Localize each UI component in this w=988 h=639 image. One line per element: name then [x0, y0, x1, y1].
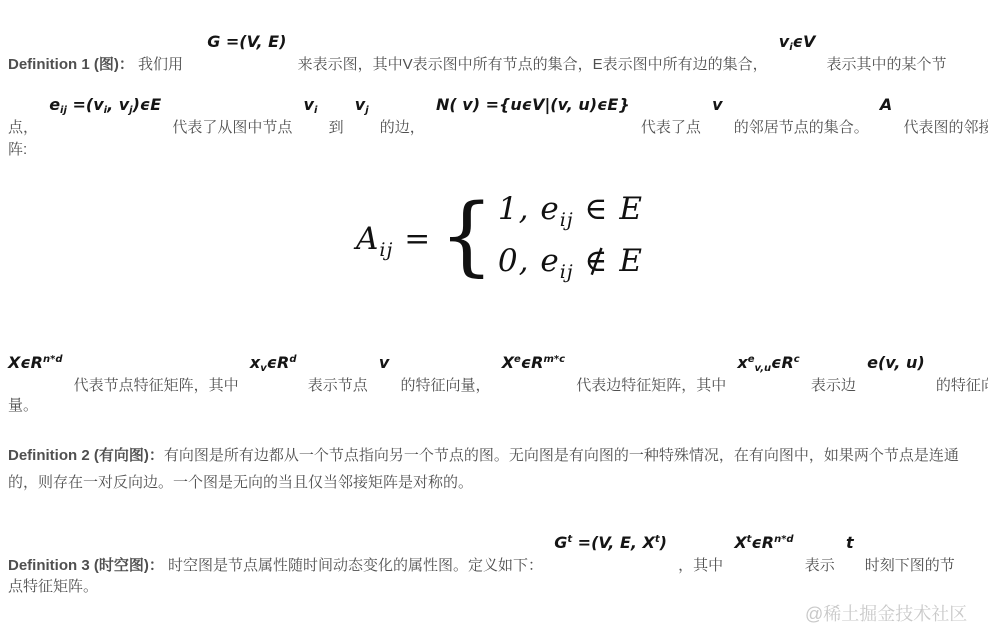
text-segment: 量。	[8, 397, 38, 414]
definition-2-label: Definition 2 (有向图)：	[8, 447, 164, 464]
formula-cases: 1, eij ∈ E 0, eij ∉ E	[498, 189, 643, 293]
definition-1-line-1: Definition 1 (图)： 我们用 G =(V, E) 来表示图，其中V…	[8, 54, 947, 80]
text-segment: 点，	[8, 119, 38, 136]
text-segment: 点特征矩阵。	[8, 578, 98, 595]
text-segment: 到	[329, 119, 344, 136]
text-segment: 代表了点	[641, 119, 701, 136]
formula-edge-evu: e(v, u)	[867, 353, 925, 373]
feature-matrix-line-1: XϵRn*d 代表节点特征矩阵，其中 xvϵRd 表示节点 v 的特征向量， X…	[8, 372, 988, 401]
definition-1-line-2: 点， eij =(vi, vj)ϵE 代表了从图中节点 vi 到 vj 的边， …	[8, 117, 988, 143]
text-segment: ，其中	[678, 557, 723, 574]
formula-edge-eij: eij =(vi, vj)ϵE	[49, 95, 161, 121]
text-segment: 阵:	[8, 141, 27, 158]
formula-edge-feature-vector: xev,uϵRc	[737, 350, 799, 379]
text-segment: 的特征向量，	[401, 377, 491, 394]
formula-vi-in-v: viϵV	[779, 32, 816, 58]
formula-neighborhood-nv: N( v) ={uϵV|(v, u)ϵE}	[436, 95, 630, 115]
left-brace: {	[439, 193, 494, 279]
article-page: Definition 1 (图)： 我们用 G =(V, E) 来表示图，其中V…	[0, 0, 988, 639]
formula-temporal-graph-gt: Gt =(V, E, Xt)	[554, 530, 667, 553]
text-segment: 我们用	[138, 56, 183, 73]
text-segment: 表示	[805, 557, 835, 574]
text-segment: 代表图的邻接矩	[903, 119, 988, 136]
formula-lhs-aij: Aij =	[356, 221, 431, 261]
case-row-1: 1, eij ∈ E	[498, 189, 643, 241]
formula-v: v	[379, 353, 389, 373]
text-segment: 代表节点特征矩阵，其中	[74, 377, 239, 394]
definition-1-label: Definition 1 (图)：	[8, 56, 134, 73]
text-segment: 表示边	[811, 377, 856, 394]
formula-adjacency-a: A	[880, 95, 892, 115]
formula-v: v	[712, 95, 722, 115]
adjacency-matrix-case-formula: Aij = { 1, eij ∈ E 0, eij ∉ E	[356, 189, 643, 293]
formula-edge-feature-matrix: XeϵRm*c	[502, 350, 565, 373]
text-segment: 时刻下图的节	[865, 557, 955, 574]
text-segment: 的边，	[380, 119, 425, 136]
text-segment: 代表边特征矩阵，其中	[576, 377, 726, 394]
feature-matrix-line-2: 量。	[8, 396, 38, 416]
formula-t: t	[846, 533, 854, 553]
definition-3-label: Definition 3 (时空图)：	[8, 557, 164, 574]
formula-graph-g-ve: G =(V, E)	[207, 32, 286, 52]
text-segment: 表示其中的某个节	[827, 56, 947, 73]
text-segment: 来表示图，其中V表示图中所有节点的集合，E表示图中所有边的集合，	[298, 56, 768, 73]
watermark: @稀土掘金技术社区	[805, 600, 967, 626]
formula-node-feature-matrix: XϵRn*d	[8, 350, 63, 373]
text-segment: 的特征向	[936, 377, 988, 394]
text-segment: 代表了从图中节点	[172, 119, 292, 136]
definition-2-paragraph: Definition 2 (有向图)：有向图是所有边都从一个节点指向另一个节点的…	[8, 442, 980, 496]
text-segment: 表示节点	[308, 377, 368, 394]
definition-3-line-1: Definition 3 (时空图)： 时空图是节点属性随时间动态变化的属性图。…	[8, 552, 955, 576]
case-row-2: 0, eij ∉ E	[498, 241, 643, 293]
definition-1-line-3: 阵:	[8, 140, 27, 160]
definition-3-line-2: 点特征矩阵。	[8, 577, 98, 597]
formula-xt-in-rnd: XtϵRn*d	[734, 530, 793, 553]
formula-vi: vi	[304, 95, 318, 121]
formula-vj: vj	[355, 95, 369, 121]
text-segment: 的邻居节点的集合。	[734, 119, 869, 136]
text-segment: 时空图是节点属性随时间动态变化的属性图。定义如下：	[168, 557, 543, 574]
formula-node-feature-vector: xvϵRd	[250, 350, 297, 379]
